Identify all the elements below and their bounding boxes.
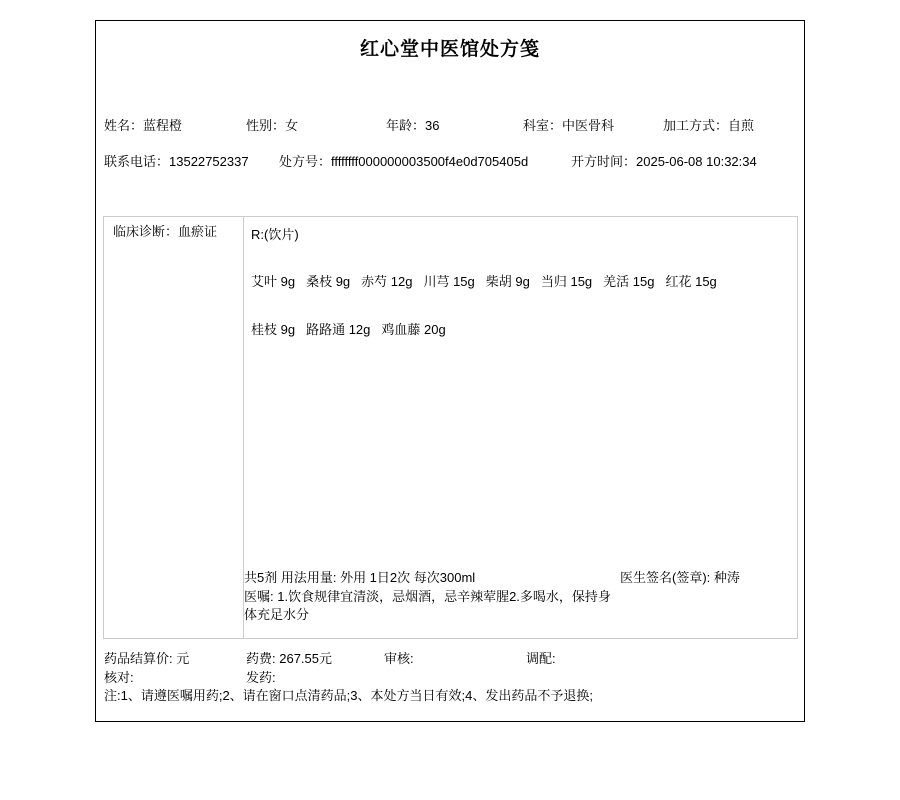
review-field: 审核: — [384, 651, 414, 667]
patient-name-label: 姓名： — [104, 118, 143, 133]
department-value: 中医骨科 — [562, 118, 614, 133]
diagnosis-field: 临床诊断：血瘀证 — [113, 224, 217, 240]
rx-header: R:(饮片) — [251, 227, 299, 243]
page-title: 红心堂中医馆处方笺 — [96, 34, 804, 61]
medical-advice-line-2: 体充足水分 — [244, 607, 309, 623]
diagnosis-value: 血瘀证 — [178, 224, 217, 239]
herb-item: 红花 15g — [665, 274, 716, 289]
prescription-number-field: 处方号：ffffffff000000003500f4e0d705405d — [279, 154, 528, 170]
patient-age-field: 年龄：36 — [386, 118, 439, 134]
processing-method-field: 加工方式：自煎 — [663, 118, 754, 134]
doctor-signature: 医生签名(签章): 种涛 — [620, 570, 740, 586]
prepare-field: 调配: — [526, 651, 556, 667]
fee-label: 药费: — [246, 651, 279, 666]
fee-value: 267.55元 — [279, 651, 332, 666]
review-label: 审核: — [384, 651, 414, 666]
patient-name-value: 蓝程橙 — [143, 118, 182, 133]
settle-price-label: 药品结算价: — [104, 651, 176, 666]
department-field: 科室：中医骨科 — [523, 118, 614, 134]
herb-item: 羌活 15g — [603, 274, 654, 289]
herb-item: 柴胡 9g — [486, 274, 530, 289]
check-field: 核对: — [104, 670, 134, 686]
herb-item: 桑枝 9g — [306, 274, 350, 289]
herb-item: 赤芍 12g — [361, 274, 412, 289]
issue-time-label: 开方时间： — [571, 154, 636, 169]
patient-gender-label: 性别： — [246, 118, 285, 133]
prescription-number-label: 处方号： — [279, 154, 331, 169]
phone-field: 联系电话：13522752337 — [104, 154, 249, 170]
herb-item: 艾叶 9g — [251, 274, 295, 289]
check-label: 核对: — [104, 670, 134, 685]
issue-time-value: 2025-06-08 10:32:34 — [636, 154, 757, 169]
herb-line-1: 艾叶 9g桑枝 9g赤芍 12g川芎 15g柴胡 9g当归 15g羌活 15g红… — [251, 274, 728, 290]
herb-item: 川芎 15g — [423, 274, 474, 289]
prescription-sheet: 红心堂中医馆处方笺 姓名：蓝程橙 性别：女 年龄：36 科室：中医骨科 加工方式… — [95, 20, 805, 722]
dispense-field: 发药: — [246, 670, 276, 686]
prescription-body-box: 临床诊断：血瘀证 R:(饮片) 艾叶 9g桑枝 9g赤芍 12g川芎 15g柴胡… — [103, 216, 798, 639]
herb-item: 桂枝 9g — [251, 322, 295, 337]
prepare-label: 调配: — [526, 651, 556, 666]
medical-advice-line-1: 医嘱: 1.饮食规律宜清淡，忌烟酒，忌辛辣荤腥2.多喝水，保持身 — [244, 589, 611, 605]
patient-age-label: 年龄： — [386, 118, 425, 133]
settle-price-field: 药品结算价: 元 — [104, 651, 189, 667]
usage-line: 共5剂 用法用量: 外用 1日2次 每次300ml — [244, 570, 475, 586]
processing-method-label: 加工方式： — [663, 118, 728, 133]
phone-label: 联系电话： — [104, 154, 169, 169]
patient-age-value: 36 — [425, 118, 439, 133]
herb-line-2: 桂枝 9g路路通 12g鸡血藤 20g — [251, 322, 457, 338]
department-label: 科室： — [523, 118, 562, 133]
patient-gender-value: 女 — [285, 118, 298, 133]
phone-value: 13522752337 — [169, 154, 249, 169]
diagnosis-label: 临床诊断： — [113, 224, 178, 239]
fee-field: 药费: 267.55元 — [246, 651, 332, 667]
issue-time-field: 开方时间：2025-06-08 10:32:34 — [571, 154, 757, 170]
herb-item: 路路通 12g — [306, 322, 370, 337]
processing-method-value: 自煎 — [728, 118, 754, 133]
footer-note: 注:1、请遵医嘱用药;2、请在窗口点清药品;3、本处方当日有效;4、发出药品不予… — [104, 688, 593, 704]
dispense-label: 发药: — [246, 670, 276, 685]
patient-gender-field: 性别：女 — [246, 118, 298, 134]
prescription-number-value: ffffffff000000003500f4e0d705405d — [331, 154, 528, 169]
herb-item: 鸡血藤 20g — [381, 322, 445, 337]
patient-name-field: 姓名：蓝程橙 — [104, 118, 182, 134]
settle-price-value: 元 — [176, 651, 189, 666]
herb-item: 当归 15g — [541, 274, 592, 289]
